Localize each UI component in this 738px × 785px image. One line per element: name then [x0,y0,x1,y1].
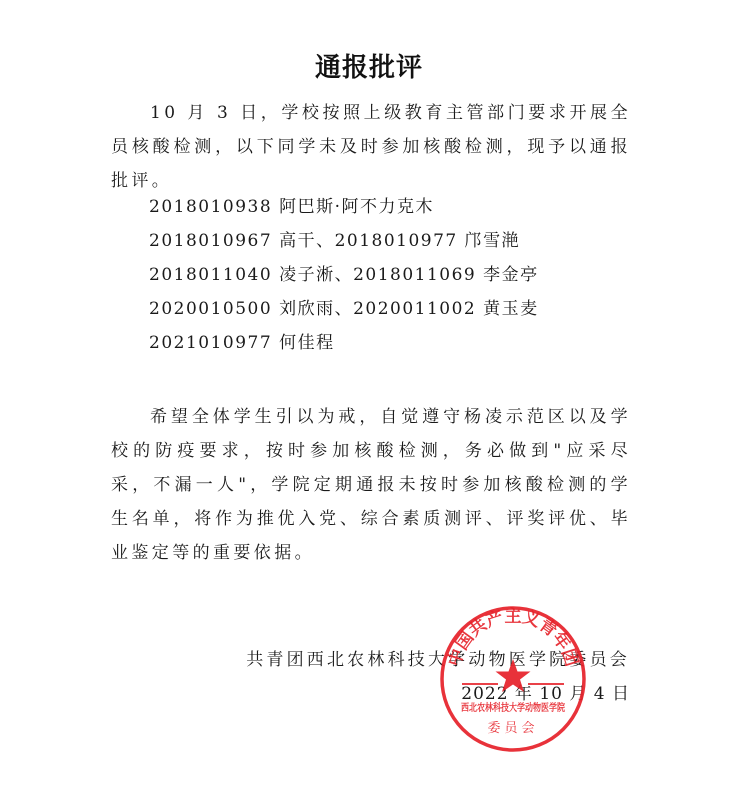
document-title: 通报批评 [0,50,738,86]
student-list-item: 2018010938 阿巴斯·阿不力克木 [149,190,539,224]
signature-line: 共青团西北农林科技大学动物医学院委员会 [246,643,630,677]
stamp-bottom-text: 委员会 [487,721,538,736]
student-list-item: 2018010967 高干、2018010977 邝雪滟 [149,224,539,258]
student-list-item: 2020010500 刘欣雨、2020011002 黄玉麦 [149,292,539,326]
student-list: 2018010938 阿巴斯·阿不力克木 2018010967 高干、20180… [149,190,539,360]
date-line: 2022 年 10 月 4 日 [461,677,630,711]
closing-paragraph: 希望全体学生引以为戒，自觉遵守杨凌示范区以及学校的防疫要求，按时参加核酸检测，务… [111,400,631,570]
intro-paragraph: 10 月 3 日，学校按照上级教育主管部门要求开展全员核酸检测，以下同学未及时参… [111,96,631,198]
student-list-item: 2021010977 何佳程 [149,326,539,360]
student-list-item: 2018011040 凌子淅、2018011069 李金亭 [149,258,539,292]
